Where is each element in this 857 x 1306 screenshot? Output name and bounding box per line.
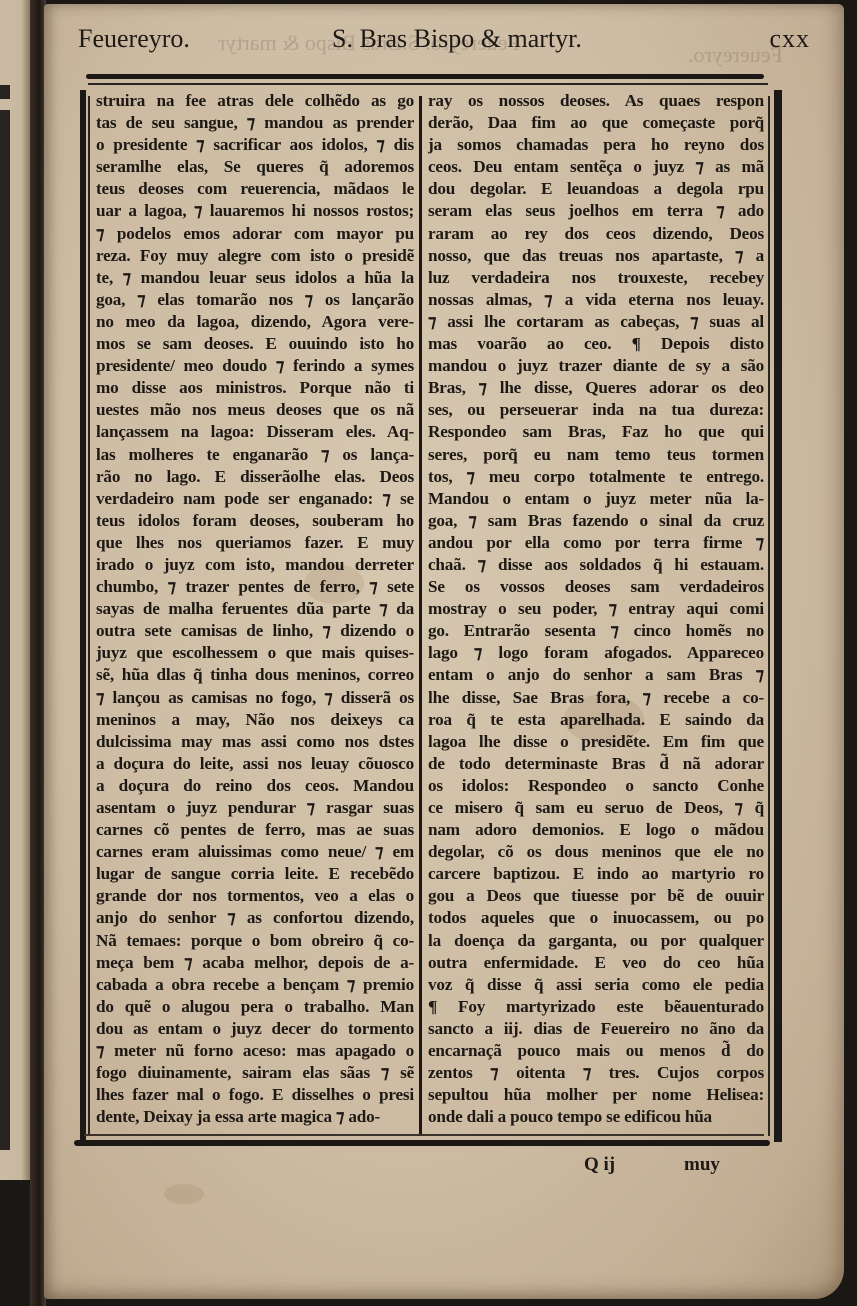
text-line: meça bem ⁊ acaba melhor, depois de a-	[96, 952, 414, 974]
text-line: outra sete camisas de linho, ⁊ dizendo o	[96, 620, 414, 642]
text-line: asentam o juyz pendurar ⁊ rasgar suas	[96, 797, 414, 819]
text-line: lhes fazer mal o fogo. E disselhes o pre…	[96, 1084, 414, 1106]
text-line: todos aqueles que o inuocassem, ou po	[428, 907, 764, 929]
text-line: fogo diuinamente, sairam elas sãas ⁊ sẽ	[96, 1062, 414, 1084]
text-line: a doçura do reino dos ceos. Mandou	[96, 775, 414, 797]
running-head-month: Feuereyro.	[78, 24, 190, 54]
text-line: seram elas seus joelhos em terra ⁊ ado	[428, 200, 764, 222]
text-line: roa q̃ te esta aparelhada. E saindo da	[428, 709, 764, 731]
text-line: Bras, ⁊ lhe disse, Queres adorar os deo	[428, 377, 764, 399]
text-line: dente, Deixay ja essa arte magica ⁊ ado-	[96, 1106, 414, 1128]
text-line: cabada a obra recebe a bençam ⁊ premio	[96, 974, 414, 996]
column-divider	[419, 96, 422, 1136]
text-line: ceos. Deu entam sentẽça o juyz ⁊ as mã	[428, 156, 764, 178]
right-border-rule	[774, 90, 782, 1142]
text-line: lhe disse, Sae Bras fora, ⁊ recebe a co-	[428, 687, 764, 709]
text-line: verdadeiro nam pode ser enganado: ⁊ se	[96, 488, 414, 510]
text-line: nossas almas, ⁊ a vida eterna nos leuay.	[428, 289, 764, 311]
text-line: Mandou o entam o juyz meter nũa la-	[428, 488, 764, 510]
previous-page-mark	[0, 85, 10, 99]
text-line: Respondeo sam Bras, Faz ho que qui	[428, 421, 764, 443]
text-line: lançassem na lagoa: Disseram eles. Aq-	[96, 421, 414, 443]
signature-mark: Q ij	[584, 1154, 615, 1176]
text-line: irado o juyz com isto, mandou derreter	[96, 554, 414, 576]
paper-stain	[164, 1184, 204, 1204]
right-border-rule-thin	[768, 96, 770, 1136]
text-line: uestes mão nos meus deoses que os nã	[96, 399, 414, 421]
text-line: lagoa lhe disse o presidẽte. Em fim que	[428, 731, 764, 753]
text-line: la doença da garganta, ou por qualquer	[428, 930, 764, 952]
text-line: que lhes nos queriamos fazer. E muy	[96, 532, 414, 554]
text-line: entam o anjo do senhor a sam Bras ⁊	[428, 664, 764, 686]
text-line: do quẽ o alugou pera o trabalho. Man	[96, 996, 414, 1018]
text-line: os idolos: Respondeo o sancto Conhe	[428, 775, 764, 797]
text-line: ce misero q̃ sam eu seruo de Deos, ⁊ q̃	[428, 797, 764, 819]
text-line: andou por ella como por terra firme ⁊	[428, 532, 764, 554]
text-line: lugar de sangue corria leite. E recebẽdo	[96, 863, 414, 885]
text-line: nam adoro demonios. E logo o mãdou	[428, 819, 764, 841]
text-line: Nã temaes: porque o bom obreiro q̃ co-	[96, 930, 414, 952]
text-line: degolar, cõ os dous meninos que ele no	[428, 841, 764, 863]
previous-page-border-rule	[0, 110, 10, 1150]
text-line: ja somos chamadas pera ho reyno dos	[428, 134, 764, 156]
text-line: carcere baptizou. E indo ao martyrio ro	[428, 863, 764, 885]
text-column-right: ray os nossos deoses. As quaes responder…	[428, 90, 764, 1128]
text-line: mo disse aos ministros. Porque não ti	[96, 377, 414, 399]
text-line: voz q̃ disse q̃ assi seria como ele pedi…	[428, 974, 764, 996]
text-line: las molheres te enganarão ⁊ os lança-	[96, 444, 414, 466]
text-line: meninos a may, Não nos deixeys ca	[96, 709, 414, 731]
text-line: carnes eram aluissimas como neue/ ⁊ em	[96, 841, 414, 863]
text-line: uar a lagoa, ⁊ lauaremos hi nossos rosto…	[96, 200, 414, 222]
text-line: Se os vossos deoses sam verdadeiros	[428, 576, 764, 598]
text-line: tas de seu sangue, ⁊ mandou as prender	[96, 112, 414, 134]
text-line: sẽ, hũa dlas q̃ tinha dous meninos, corr…	[96, 664, 414, 686]
text-line: carnes cõ pentes de ferro, mas ae suas	[96, 819, 414, 841]
text-line: sepultou hũa molher per nome Helisea:	[428, 1084, 764, 1106]
text-line: dou degolar. E leuandoas a degola rpu	[428, 178, 764, 200]
text-line: derão, Daa fim ao que começaste porq̃	[428, 112, 764, 134]
text-line: de todo determinaste Bras d̃ nã adorar	[428, 753, 764, 775]
text-line: ray os nossos deoses. As quaes respon	[428, 90, 764, 112]
text-line: goa, ⁊ elas tomarão nos ⁊ os lançarão	[96, 289, 414, 311]
scanned-book-spread: Feuereyro. S.Bras Bispo & martyr Feuerey…	[0, 0, 857, 1306]
text-line: dou as entam o juyz decer do tormento	[96, 1018, 414, 1040]
text-line: anjo do senhor ⁊ as confortou dizendo,	[96, 907, 414, 929]
text-line: rão no lago. E disserãolhe elas. Deos	[96, 466, 414, 488]
text-line: teus deoses com reuerencia, mãdaos le	[96, 178, 414, 200]
text-line: ⁊ podelos emos adorar com mayor pu	[96, 223, 414, 245]
text-line: raram ao rey dos ceos dizendo, Deos	[428, 223, 764, 245]
text-line: reza. Foy muy alegre com isto o presidẽ	[96, 245, 414, 267]
text-line: sancto a iij. dias de Feuereiro no ãno d…	[428, 1018, 764, 1040]
text-line: gou a Deos que tiuesse por bẽ de ouuir	[428, 885, 764, 907]
text-line: o presidente ⁊ sacrificar aos idolos, ⁊ …	[96, 134, 414, 156]
text-line: a doçura do leite, assi nos leuay cõuosc…	[96, 753, 414, 775]
text-line: ses, ou perseuerar inda na tua dureza:	[428, 399, 764, 421]
text-line: ¶ Foy martyrizado este bẽauenturado	[428, 996, 764, 1018]
text-line: chaã. ⁊ disse aos soldados q̃ hi estauam…	[428, 554, 764, 576]
text-line: zentos ⁊ oitenta ⁊ tres. Cujos corpos	[428, 1062, 764, 1084]
bottom-rule-thin	[84, 1134, 764, 1136]
book-page: Feuereyro. S.Bras Bispo & martyr Feuerey…	[44, 4, 844, 1299]
text-line: ⁊ meter nũ forno aceso: mas apagado o	[96, 1040, 414, 1062]
text-line: lago ⁊ logo foram afogados. Appareceo	[428, 642, 764, 664]
catchword: muy	[684, 1154, 720, 1176]
text-line: mas voarão ao ceo. ¶ Depois disto	[428, 333, 764, 355]
previous-page-edge	[0, 0, 30, 1180]
left-border-rule-thin	[88, 96, 90, 1136]
text-line: chumbo, ⁊ trazer pentes de ferro, ⁊ sete	[96, 576, 414, 598]
text-line: outra enfermidade. E veo do ceo hũa	[428, 952, 764, 974]
text-line: ⁊ lançou as camisas no fogo, ⁊ disserã o…	[96, 687, 414, 709]
text-line: encarnaçã pouco mais ou menos d̃ do	[428, 1040, 764, 1062]
text-line: nosso, que das treuas nos apartaste, ⁊ a	[428, 245, 764, 267]
text-line: grande dor nos tormentos, veo a elas o	[96, 885, 414, 907]
text-line: goa, ⁊ sam Bras fazendo o sinal da cruz	[428, 510, 764, 532]
text-line: ⁊ assi lhe cortaram as cabeças, ⁊ suas a…	[428, 311, 764, 333]
text-line: mostray o seu poder, ⁊ entray aqui comi	[428, 598, 764, 620]
running-head: Feuereyro. S.Bras Bispo & martyr Feuerey…	[78, 24, 818, 60]
bottom-rule	[74, 1140, 770, 1146]
text-line: no meo da lagoa, dizendo, Agora vere-	[96, 311, 414, 333]
folio-number: cxx	[769, 24, 810, 54]
text-line: tos, ⁊ meu corpo totalmente te entrego.	[428, 466, 764, 488]
text-line: onde dali a pouco tempo se edificou hũa	[428, 1106, 764, 1128]
text-line: seramlhe elas, Se queres q̃ adoremos	[96, 156, 414, 178]
text-line: dulcissima may mas assi como nos dstes	[96, 731, 414, 753]
text-line: seres, porq̃ eu nam temo teus tormen	[428, 444, 764, 466]
text-line: luz verdadeira nos trouxeste, recebey	[428, 267, 764, 289]
text-line: mandou o juyz trazer diante de sy a são	[428, 355, 764, 377]
text-line: sayas de malha feruentes dũa parte ⁊ da	[96, 598, 414, 620]
text-line: teus idolos foram deoses, souberam ho	[96, 510, 414, 532]
text-column-left: struira na fee atras dele colhẽdo as got…	[96, 90, 414, 1128]
text-line: presidente/ meo doudo ⁊ ferindo a symes	[96, 355, 414, 377]
running-head-title: S. Bras Bispo & martyr.	[332, 24, 582, 54]
left-border-rule	[80, 90, 86, 1142]
text-line: go. Entrarão sesenta ⁊ cinco homẽs no	[428, 620, 764, 642]
text-line: te, ⁊ mandou leuar seus idolos a hũa la	[96, 267, 414, 289]
text-line: mos se sam deoses. E ouuindo isto ho	[96, 333, 414, 355]
text-line: juyz que escolhessem o que mais quises-	[96, 642, 414, 664]
top-rule-thin	[88, 83, 768, 85]
top-rule	[86, 74, 764, 79]
text-line: struira na fee atras dele colhẽdo as go	[96, 90, 414, 112]
